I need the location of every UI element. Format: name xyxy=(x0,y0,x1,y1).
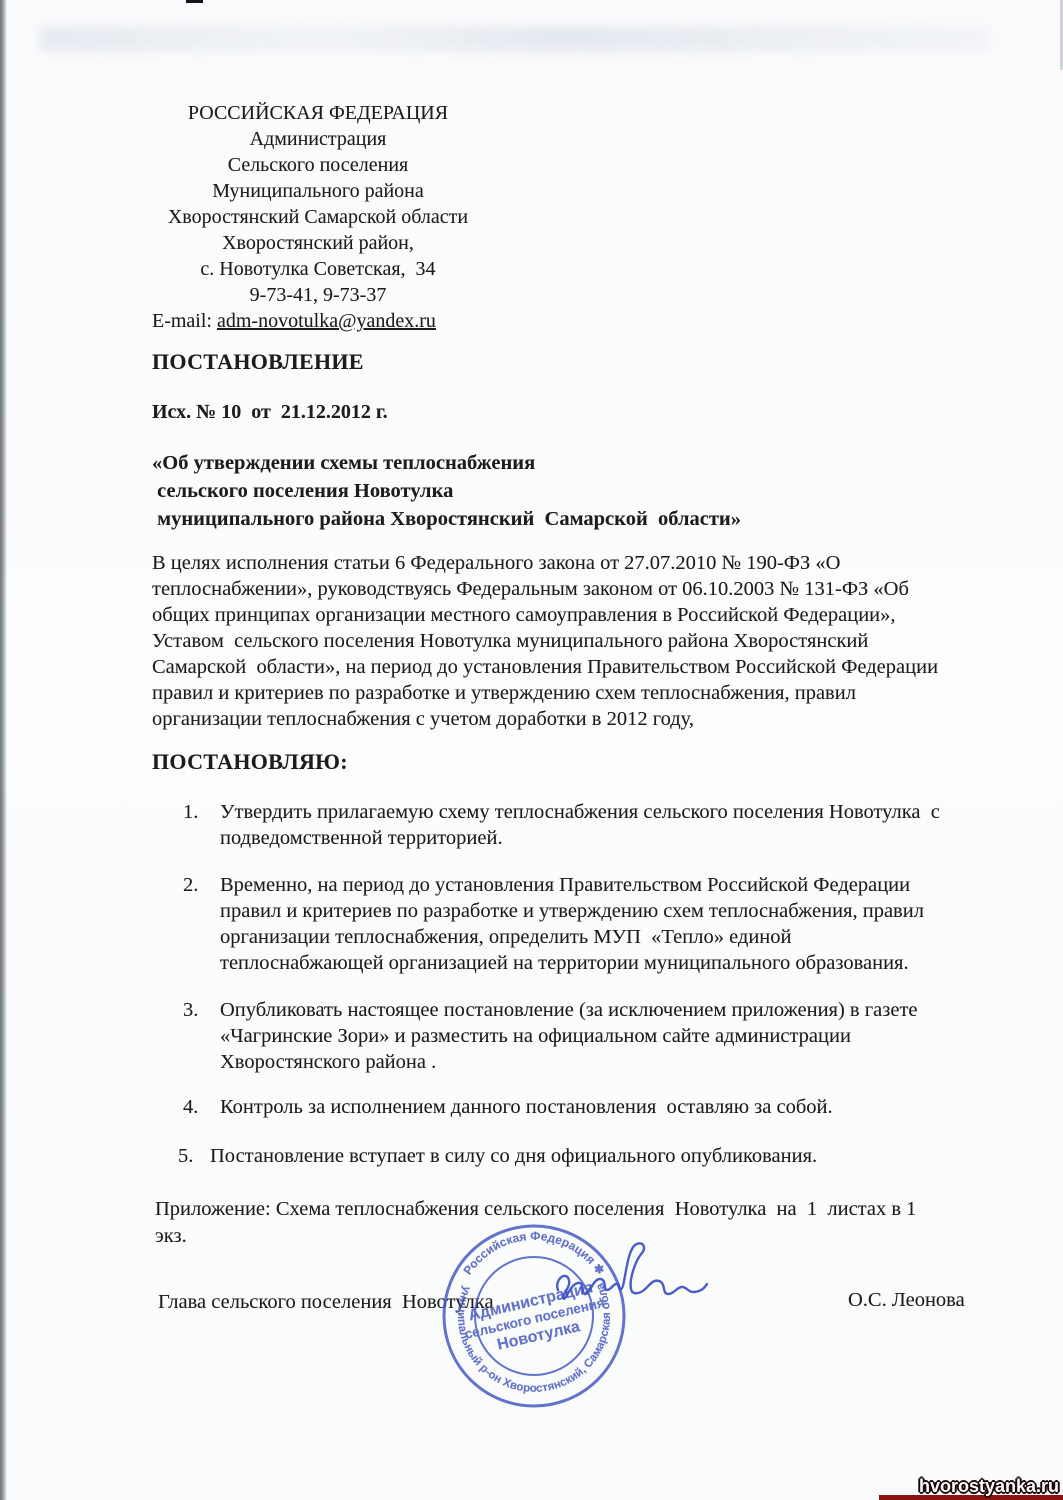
text-line: правил и критериев по разработке и утвер… xyxy=(220,898,924,924)
text-line: организации теплоснабжения с учетом дора… xyxy=(152,706,938,732)
letterhead-phones: 9-73-41, 9-73-37 xyxy=(150,282,486,308)
text-line: Постановление вступает в силу со дня офи… xyxy=(210,1143,817,1169)
item-number: 2. xyxy=(183,872,220,976)
list-item-2: 2. Временно, на период до установления П… xyxy=(183,872,924,976)
item-number: 1. xyxy=(183,799,220,851)
letterhead-address: с. Новотулка Советская, 34 xyxy=(150,256,486,282)
text-line: теплоснабжающей организацией на территор… xyxy=(220,950,924,976)
document-type-heading: ПОСТАНОВЛЕНИЕ xyxy=(152,349,364,375)
text-line: Контроль за исполнением данного постанов… xyxy=(220,1094,833,1120)
letterhead-email-line: E-mail: adm-novotulka@yandex.ru xyxy=(152,308,486,334)
text-line: Хворостянского района . xyxy=(220,1049,918,1075)
text-line: Утвердить прилагаемую схему теплоснабжен… xyxy=(220,799,940,825)
item-text: Опубликовать настоящее постановление (за… xyxy=(220,997,918,1075)
text-line: «Чагринские Зори» и разместить на официа… xyxy=(220,1023,918,1049)
subject-line: «Об утверждении схемы теплоснабжения xyxy=(152,449,741,477)
item-number: 4. xyxy=(183,1094,220,1120)
text-line: В целях исполнения статьи 6 Федерального… xyxy=(152,550,938,576)
scanned-document-page: РОССИЙСКАЯ ФЕДЕРАЦИЯ Администрация Сельс… xyxy=(0,0,1063,1500)
letterhead-line: Сельского поселения xyxy=(150,152,486,178)
text-line: Временно, на период до установления Прав… xyxy=(220,872,924,898)
list-item-3: 3. Опубликовать настоящее постановление … xyxy=(183,997,918,1075)
letterhead-line: Хворостянский район, xyxy=(150,230,486,256)
item-text: Утвердить прилагаемую схему теплоснабжен… xyxy=(220,799,940,851)
text-line: правил и критериев по разработке и утвер… xyxy=(152,680,938,706)
list-item-5: 5. Постановление вступает в силу со дня … xyxy=(178,1143,817,1169)
text-line: Самарской области», на период до установ… xyxy=(152,654,938,680)
scan-edge-left xyxy=(0,0,7,1500)
item-text: Временно, на период до установления Прав… xyxy=(220,872,924,976)
handwritten-signature xyxy=(548,1232,743,1314)
letterhead-line: Администрация xyxy=(150,126,486,152)
text-line: общих принципах организации местного сам… xyxy=(152,602,938,628)
email-label: E-mail: xyxy=(152,310,217,332)
text-line: организации теплоснабжения, определить М… xyxy=(220,924,924,950)
text-line: Уставом сельского поселения Новотулка му… xyxy=(152,628,938,654)
subject-line: муниципального района Хворостянский Сама… xyxy=(152,505,741,533)
subject-line: сельского поселения Новотулка xyxy=(152,477,741,505)
item-number: 5. xyxy=(178,1143,210,1169)
signer-name: О.С. Леонова xyxy=(848,1289,965,1312)
list-item-4: 4. Контроль за исполнением данного поста… xyxy=(183,1094,833,1120)
text-line: Опубликовать настоящее постановление (за… xyxy=(220,997,918,1023)
text-line: подведомственной территорией. xyxy=(220,825,940,851)
document-subject: «Об утверждении схемы теплоснабжения сел… xyxy=(152,449,741,533)
resolve-heading: ПОСТАНОВЛЯЮ: xyxy=(152,749,348,775)
letterhead: РОССИЙСКАЯ ФЕДЕРАЦИЯ Администрация Сельс… xyxy=(150,100,486,334)
site-watermark: hvorostyanka.ru xyxy=(919,1476,1059,1497)
email-link[interactable]: adm-novotulka@yandex.ru xyxy=(217,310,436,332)
item-text: Контроль за исполнением данного постанов… xyxy=(220,1094,833,1120)
letterhead-line: Муниципального района xyxy=(150,178,486,204)
letterhead-country: РОССИЙСКАЯ ФЕДЕРАЦИЯ xyxy=(150,100,486,126)
letterhead-line: Хворостянский Самарской области xyxy=(150,204,486,230)
item-text: Постановление вступает в силу со дня офи… xyxy=(210,1143,817,1169)
text-line: теплоснабжении», руководствуясь Федераль… xyxy=(152,576,938,602)
item-number: 3. xyxy=(183,997,220,1075)
reference-number-line: Исх. № 10 от 21.12.2012 г. xyxy=(152,401,388,424)
scan-artifact-mark xyxy=(186,0,203,3)
preamble-paragraph: В целях исполнения статьи 6 Федерального… xyxy=(152,550,938,732)
list-item-1: 1. Утвердить прилагаемую схему теплоснаб… xyxy=(183,799,940,851)
scan-ghosting xyxy=(40,26,990,52)
signature-stroke xyxy=(557,1243,707,1299)
